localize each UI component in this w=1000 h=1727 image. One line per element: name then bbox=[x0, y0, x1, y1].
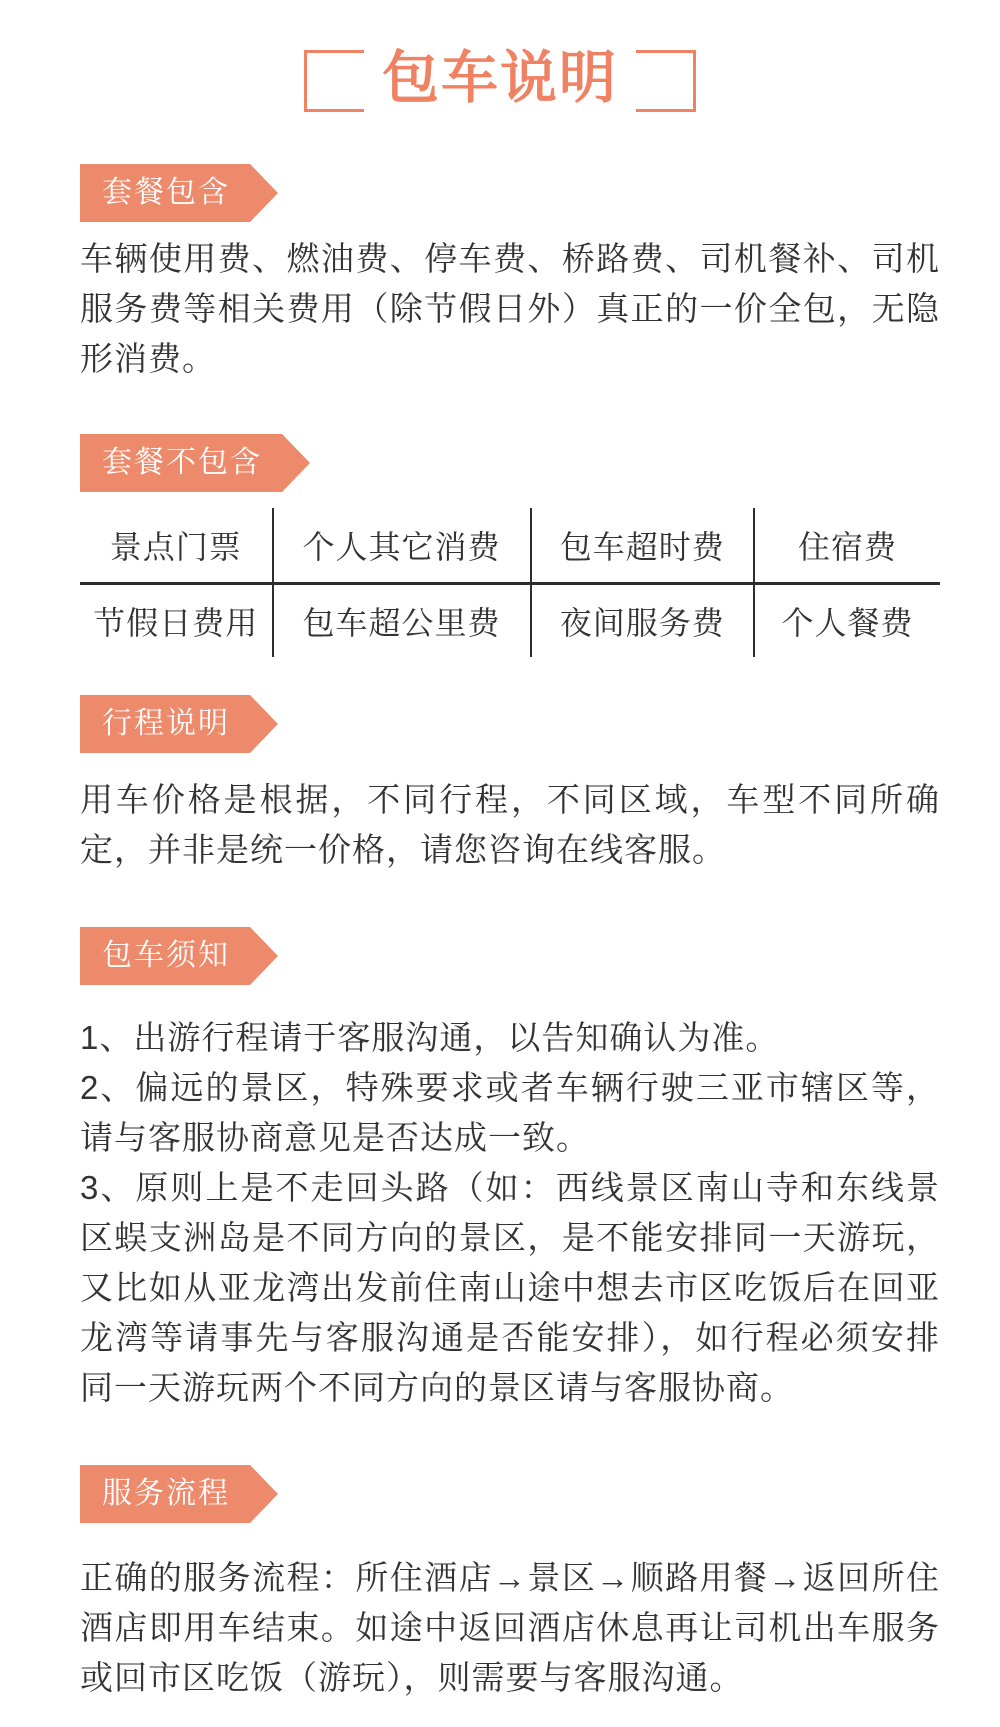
package-included-text: 车辆使用费、燃油费、停车费、桥路费、司机餐补、司机服务费等相关费用（除节假日外）… bbox=[80, 234, 940, 384]
badge-trip-description: 行程说明 bbox=[80, 695, 278, 753]
excluded-fee-table: 景点门票 个人其它消费 包车超时费 住宿费 节假日费用 包车超公里费 夜间服务费… bbox=[80, 508, 940, 657]
fee-table-cell: 包车超时费 bbox=[532, 508, 756, 585]
title-right-bracket-decoration bbox=[636, 50, 696, 112]
section-charter-notice: 包车须知 1、出游行程请于客服沟通，以告知确认为准。 2、偏远的景区，特殊要求或… bbox=[0, 875, 1000, 1413]
notice-item-2: 2、偏远的景区，特殊要求或者车辆行驶三亚市辖区等，请与客服协商意见是否达成一致。 bbox=[80, 1063, 940, 1163]
section-trip-description: 行程说明 用车价格是根据，不同行程，不同区域，车型不同所确定，并非是统一价格，请… bbox=[0, 657, 1000, 875]
page-title: 包车说明 bbox=[382, 47, 618, 110]
badge-charter-notice: 包车须知 bbox=[80, 927, 278, 985]
badge-package-excluded: 套餐不包含 bbox=[80, 434, 310, 492]
page-title-row: 包车说明 bbox=[0, 0, 1000, 112]
trip-description-text: 用车价格是根据，不同行程，不同区域，车型不同所确定，并非是统一价格，请您咨询在线… bbox=[80, 775, 940, 875]
section-package-included: 套餐包含 车辆使用费、燃油费、停车费、桥路费、司机餐补、司机服务费等相关费用（除… bbox=[0, 112, 1000, 384]
title-left-bracket-decoration bbox=[304, 50, 364, 112]
fee-table-cell: 个人餐费 bbox=[755, 585, 940, 657]
fee-table-cell: 个人其它消费 bbox=[274, 508, 532, 585]
badge-package-included: 套餐包含 bbox=[80, 164, 278, 222]
notice-item-3: 3、原则上是不走回头路（如：西线景区南山寺和东线景区蜈支洲岛是不同方向的景区，是… bbox=[80, 1163, 940, 1413]
badge-service-flow: 服务流程 bbox=[80, 1465, 278, 1523]
fee-table-cell: 住宿费 bbox=[755, 508, 940, 585]
fee-table-cell: 夜间服务费 bbox=[532, 585, 756, 657]
fee-table-cell: 景点门票 bbox=[80, 508, 274, 585]
fee-table-cell: 节假日费用 bbox=[80, 585, 274, 657]
fee-table-cell: 包车超公里费 bbox=[274, 585, 532, 657]
service-flow-text: 正确的服务流程：所住酒店→景区→顺路用餐→返回所住酒店即用车结束。如途中返回酒店… bbox=[80, 1553, 940, 1703]
notice-item-1: 1、出游行程请于客服沟通，以告知确认为准。 bbox=[80, 1013, 940, 1063]
section-package-excluded: 套餐不包含 景点门票 个人其它消费 包车超时费 住宿费 节假日费用 包车超公里费… bbox=[0, 384, 1000, 657]
charter-notice-list: 1、出游行程请于客服沟通，以告知确认为准。 2、偏远的景区，特殊要求或者车辆行驶… bbox=[80, 1013, 940, 1413]
section-service-flow: 服务流程 正确的服务流程：所住酒店→景区→顺路用餐→返回所住酒店即用车结束。如途… bbox=[0, 1413, 1000, 1703]
charter-info-page: 包车说明 套餐包含 车辆使用费、燃油费、停车费、桥路费、司机餐补、司机服务费等相… bbox=[0, 0, 1000, 1727]
